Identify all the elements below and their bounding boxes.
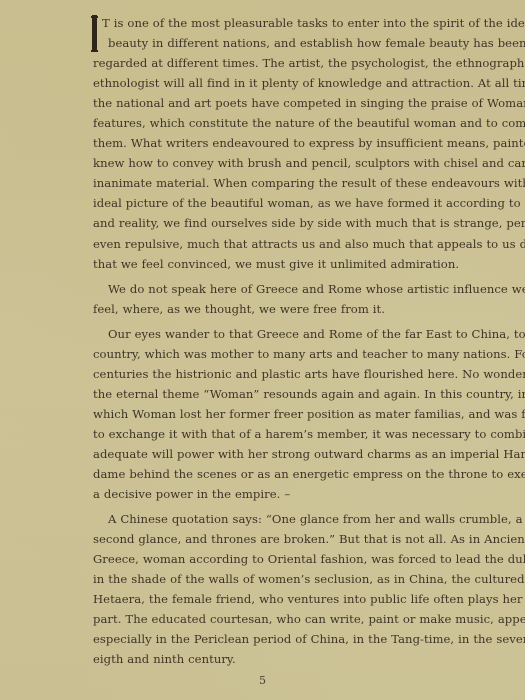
text-line: adequate will power with her strong outw… — [93, 444, 485, 464]
paragraph-3: Our eyes wander to that Greece and Rome … — [93, 324, 485, 504]
text-line: Hetaera, the female friend, who ventures… — [93, 589, 485, 609]
text-line: them. What writers endeavoured to expres… — [93, 133, 485, 153]
text-line: second glance, and thrones are broken.” … — [93, 529, 485, 549]
page-number: 5 — [0, 674, 525, 687]
paragraph-4: A Chinese quotation says: “One glance fr… — [93, 509, 485, 669]
text-line: to exchange it with that of a harem’s me… — [93, 424, 485, 444]
text-line: especially in the Periclean period of Ch… — [93, 629, 485, 649]
text-line: regarded at different times. The artist,… — [93, 53, 485, 73]
text-line: in the shade of the walls of women’s sec… — [93, 569, 485, 589]
text-line: Greece, woman according to Oriental fash… — [93, 549, 485, 569]
text-line: part. The educated courtesan, who can wr… — [93, 609, 485, 629]
text-line: even repulsive, much that attracts us an… — [93, 234, 485, 254]
text-line: country, which was mother to many arts a… — [93, 344, 485, 364]
text-line: feel, where, as we thought, we were free… — [93, 299, 485, 319]
text-line: A Chinese quotation says: “One glance fr… — [93, 509, 485, 529]
text-line: and reality, we find ourselves side by s… — [93, 213, 485, 233]
text-line: dame behind the scenes or as an energeti… — [93, 464, 485, 484]
drop-cap-letter — [92, 15, 97, 52]
paragraph-2: We do not speak here of Greece and Rome … — [93, 279, 485, 319]
text-line: Our eyes wander to that Greece and Rome … — [93, 324, 485, 344]
text-line: T is one of the most pleasurable tasks t… — [93, 13, 485, 33]
text-line: ideal picture of the beautiful woman, as… — [93, 193, 485, 213]
text-line: a decisive power in the empire. – — [93, 484, 485, 504]
text-line: which Woman lost her former freer positi… — [93, 404, 485, 424]
text-line: centuries the histrionic and plastic art… — [93, 364, 485, 384]
text-line: that we feel convinced, we must give it … — [93, 254, 485, 274]
text-line: eigth and ninth century. — [93, 649, 485, 669]
paragraph-1: T is one of the most pleasurable tasks t… — [93, 13, 485, 274]
book-page-body: T is one of the most pleasurable tasks t… — [93, 13, 485, 670]
text-line: features, which constitute the nature of… — [93, 113, 485, 133]
text-line: beauty in different nations, and establi… — [93, 33, 485, 53]
text-line: knew how to convey with brush and pencil… — [93, 153, 485, 173]
text-line: inanimate material. When comparing the r… — [93, 173, 485, 193]
text-line: We do not speak here of Greece and Rome … — [93, 279, 485, 299]
text-line: ethnologist will all find in it plenty o… — [93, 73, 485, 93]
text-line: the national and art poets have competed… — [93, 93, 485, 113]
text-line: the eternal theme “Woman” resounds again… — [93, 384, 485, 404]
